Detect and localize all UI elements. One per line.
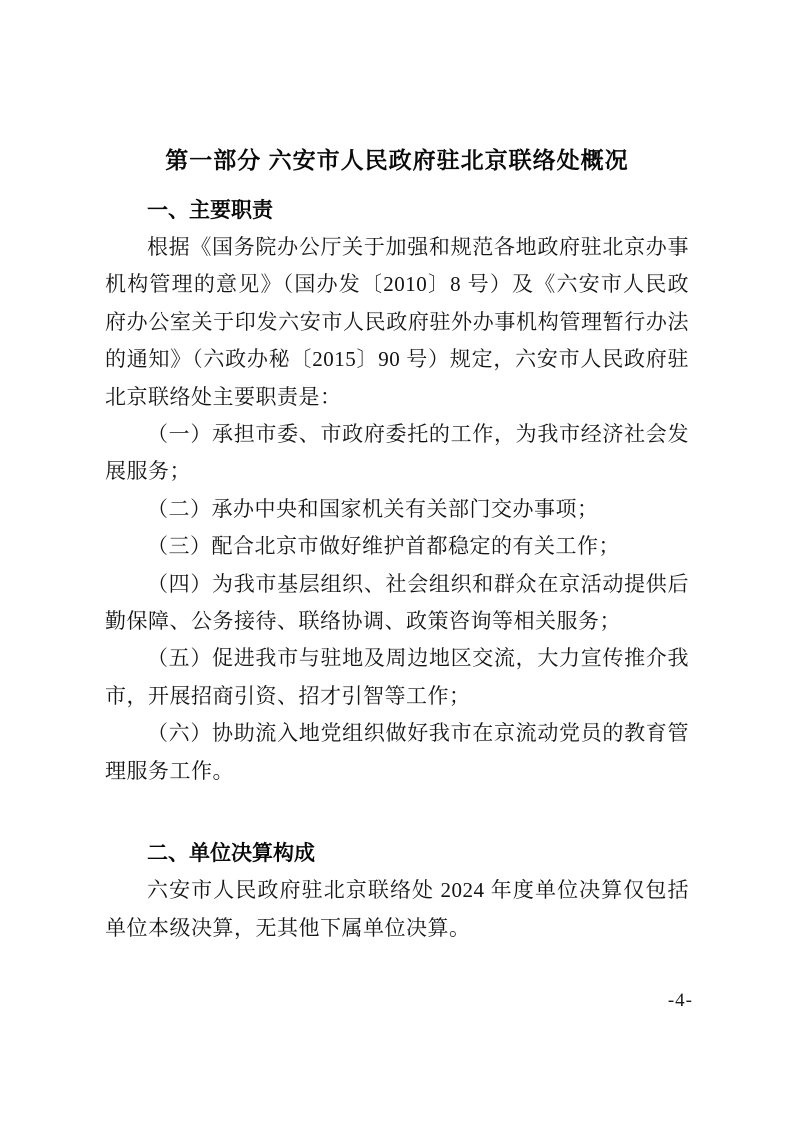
paragraph-duty-2: （二）承办中央和国家机关有关部门交办事项；: [105, 491, 689, 528]
document-page: 第一部分 六安市人民政府驻北京联络处概况 一、主要职责 根据《国务院办公厅关于加…: [0, 0, 793, 1122]
document-content: 第一部分 六安市人民政府驻北京联络处概况 一、主要职责 根据《国务院办公厅关于加…: [105, 0, 689, 947]
paragraph-budget-scope: 六安市人民政府驻北京联络处 2024 年度单位决算仅包括单位本级决算，无其他下属…: [105, 872, 689, 947]
document-title: 第一部分 六安市人民政府驻北京联络处概况: [105, 0, 689, 175]
section-main-duties: 一、主要职责 根据《国务院办公厅关于加强和规范各地政府驻北京办事机构管理的意见》…: [105, 175, 689, 790]
section-budget-composition: 二、单位决算构成 六安市人民政府驻北京联络处 2024 年度单位决算仅包括单位本…: [105, 790, 689, 947]
section-1-heading: 一、主要职责: [105, 175, 689, 229]
paragraph-duty-4: （四）为我市基层组织、社会组织和群众在京活动提供后勤保障、公务接待、联络协调、政…: [105, 566, 689, 641]
section-2-heading: 二、单位决算构成: [105, 790, 689, 872]
paragraph-intro: 根据《国务院办公厅关于加强和规范各地政府驻北京办事机构管理的意见》（国办发〔20…: [105, 229, 689, 416]
paragraph-duty-1: （一）承担市委、市政府委托的工作，为我市经济社会发展服务；: [105, 416, 689, 491]
page-number: -4-: [668, 990, 693, 1012]
paragraph-duty-3: （三）配合北京市做好维护首都稳定的有关工作；: [105, 528, 689, 565]
paragraph-duty-6: （六）协助流入地党组织做好我市在京流动党员的教育管理服务工作。: [105, 715, 689, 790]
paragraph-duty-5: （五）促进我市与驻地及周边地区交流，大力宣传推介我市，开展招商引资、招才引智等工…: [105, 640, 689, 715]
